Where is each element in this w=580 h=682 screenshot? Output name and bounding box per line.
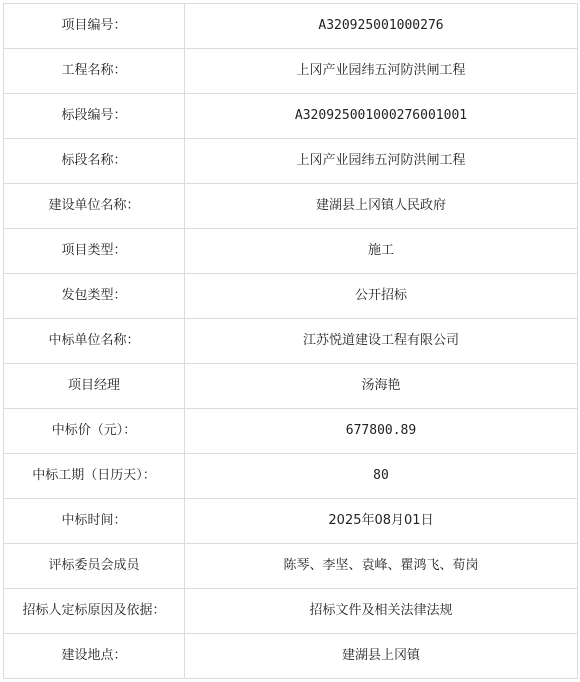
value-project-number: A320925001000276	[185, 4, 578, 49]
row-construction-site: 建设地点： 建湖县上冈镇	[4, 634, 578, 679]
label-duration: 中标工期（日历天）：	[4, 454, 185, 499]
row-section-name: 标段名称： 上冈产业园纬五河防洪闸工程	[4, 139, 578, 184]
row-award-basis: 招标人定标原因及依据： 招标文件及相关法律法规	[4, 589, 578, 634]
value-project-manager: 汤海艳	[185, 364, 578, 409]
value-project-type: 施工	[185, 229, 578, 274]
row-duration: 中标工期（日历天）： 80	[4, 454, 578, 499]
row-section-number: 标段编号： A320925001000276001001	[4, 94, 578, 139]
value-contract-type: 公开招标	[185, 274, 578, 319]
label-award-basis: 招标人定标原因及依据：	[4, 589, 185, 634]
label-project-number: 项目编号：	[4, 4, 185, 49]
value-winning-unit: 江苏悦道建设工程有限公司	[185, 319, 578, 364]
label-winning-unit: 中标单位名称：	[4, 319, 185, 364]
value-award-basis: 招标文件及相关法律法规	[185, 589, 578, 634]
label-project-manager: 项目经理	[4, 364, 185, 409]
bid-result-table: 项目编号： A320925001000276 工程名称： 上冈产业园纬五河防洪闸…	[3, 3, 578, 679]
value-award-date: 2025年08月01日	[185, 499, 578, 544]
label-construction-site: 建设地点：	[4, 634, 185, 679]
value-duration: 80	[185, 454, 578, 499]
label-project-name: 工程名称：	[4, 49, 185, 94]
row-project-name: 工程名称： 上冈产业园纬五河防洪闸工程	[4, 49, 578, 94]
row-winning-unit: 中标单位名称： 江苏悦道建设工程有限公司	[4, 319, 578, 364]
row-committee-members: 评标委员会成员 陈琴、李坚、袁峰、瞿鸿飞、荀岗	[4, 544, 578, 589]
row-owner-unit: 建设单位名称： 建湖县上冈镇人民政府	[4, 184, 578, 229]
label-section-number: 标段编号：	[4, 94, 185, 139]
value-section-name: 上冈产业园纬五河防洪闸工程	[185, 139, 578, 184]
row-project-manager: 项目经理 汤海艳	[4, 364, 578, 409]
row-award-date: 中标时间： 2025年08月01日	[4, 499, 578, 544]
row-project-number: 项目编号： A320925001000276	[4, 4, 578, 49]
label-section-name: 标段名称：	[4, 139, 185, 184]
value-winning-price: 677800.89	[185, 409, 578, 454]
label-winning-price: 中标价（元）：	[4, 409, 185, 454]
value-owner-unit: 建湖县上冈镇人民政府	[185, 184, 578, 229]
row-winning-price: 中标价（元）： 677800.89	[4, 409, 578, 454]
value-section-number: A320925001000276001001	[185, 94, 578, 139]
label-award-date: 中标时间：	[4, 499, 185, 544]
label-contract-type: 发包类型：	[4, 274, 185, 319]
label-committee-members: 评标委员会成员	[4, 544, 185, 589]
label-owner-unit: 建设单位名称：	[4, 184, 185, 229]
value-project-name: 上冈产业园纬五河防洪闸工程	[185, 49, 578, 94]
row-contract-type: 发包类型： 公开招标	[4, 274, 578, 319]
label-project-type: 项目类型：	[4, 229, 185, 274]
row-project-type: 项目类型： 施工	[4, 229, 578, 274]
value-committee-members: 陈琴、李坚、袁峰、瞿鸿飞、荀岗	[185, 544, 578, 589]
value-construction-site: 建湖县上冈镇	[185, 634, 578, 679]
